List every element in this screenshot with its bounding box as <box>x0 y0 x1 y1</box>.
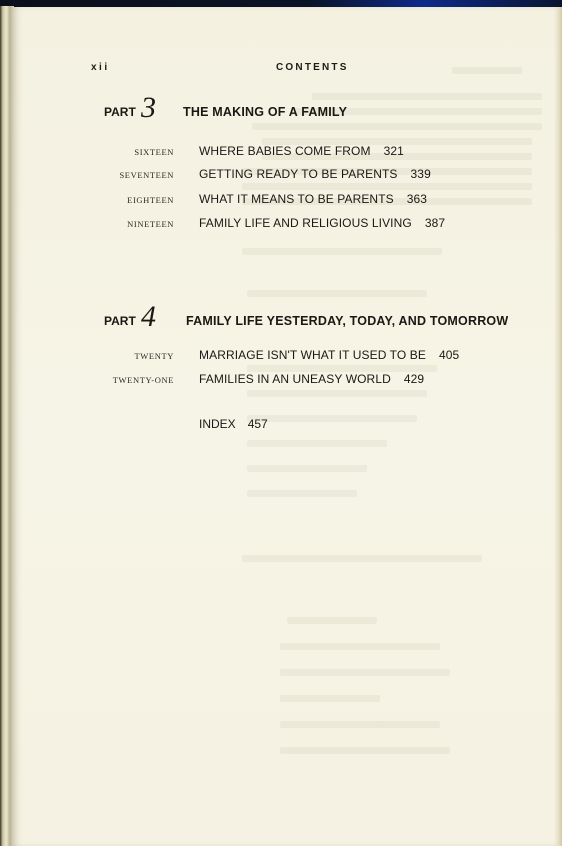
part-label: PART <box>104 105 136 119</box>
chapter-number: SEVENTEEN <box>119 170 174 180</box>
part-title: THE MAKING OF A FAMILY <box>183 105 347 119</box>
part-title: FAMILY LIFE YESTERDAY, TODAY, AND TOMORR… <box>186 314 508 328</box>
page-number-folio: xii <box>91 62 110 73</box>
chapter-number: SIXTEEN <box>134 147 174 157</box>
running-title: CONTENTS <box>276 62 349 73</box>
chapter-number: EIGHTEEN <box>127 195 174 205</box>
chapter-title: FAMILIES IN AN UNEASY WORLD <box>199 372 391 386</box>
part-number: 4 <box>141 302 156 332</box>
running-head: xii CONTENTS <box>0 62 562 76</box>
chapter-title: FAMILY LIFE AND RELIGIOUS LIVING <box>199 216 412 230</box>
chapter-title-line: WHAT IT MEANS TO BE PARENTS363 <box>199 192 427 206</box>
toc-entry: NINETEEN FAMILY LIFE AND RELIGIOUS LIVIN… <box>0 216 562 232</box>
page-right-edge <box>554 7 562 846</box>
chapter-title-line: MARRIAGE ISN'T WHAT IT USED TO BE405 <box>199 348 459 362</box>
toc-entry: SEVENTEEN GETTING READY TO BE PARENTS339 <box>0 167 562 183</box>
chapter-title-line: WHERE BABIES COME FROM321 <box>199 144 404 158</box>
book-page <box>12 7 562 846</box>
chapter-page: 321 <box>384 144 404 158</box>
chapter-page: 405 <box>439 348 459 362</box>
chapter-page: 339 <box>411 167 431 181</box>
chapter-page: 429 <box>404 372 424 386</box>
chapter-title: GETTING READY TO BE PARENTS <box>199 167 398 181</box>
index-entry: INDEX457 <box>199 417 268 431</box>
part-heading-3: PART 3 THE MAKING OF A FAMILY <box>104 93 544 123</box>
chapter-title-line: FAMILY LIFE AND RELIGIOUS LIVING387 <box>199 216 445 230</box>
part-label: PART <box>104 314 136 328</box>
chapter-page: 387 <box>425 216 445 230</box>
chapter-number: NINETEEN <box>127 219 174 229</box>
part-heading-4: PART 4 FAMILY LIFE YESTERDAY, TODAY, AND… <box>104 302 544 332</box>
toc-entry: EIGHTEEN WHAT IT MEANS TO BE PARENTS363 <box>0 192 562 208</box>
chapter-title: WHAT IT MEANS TO BE PARENTS <box>199 192 394 206</box>
chapter-number: TWENTY <box>135 351 174 361</box>
chapter-title-line: GETTING READY TO BE PARENTS339 <box>199 167 431 181</box>
index-page: 457 <box>248 417 268 431</box>
toc-entry: TWENTY MARRIAGE ISN'T WHAT IT USED TO BE… <box>0 348 562 364</box>
chapter-title: WHERE BABIES COME FROM <box>199 144 371 158</box>
index-label: INDEX <box>199 417 236 431</box>
chapter-title-line: FAMILIES IN AN UNEASY WORLD429 <box>199 372 424 386</box>
show-through-texture <box>12 7 562 846</box>
toc-entry: SIXTEEN WHERE BABIES COME FROM321 <box>0 144 562 160</box>
part-number: 3 <box>141 93 156 123</box>
toc-entry: TWENTY-ONE FAMILIES IN AN UNEASY WORLD42… <box>0 372 562 388</box>
chapter-number: TWENTY-ONE <box>113 375 174 385</box>
chapter-title: MARRIAGE ISN'T WHAT IT USED TO BE <box>199 348 426 362</box>
chapter-page: 363 <box>407 192 427 206</box>
